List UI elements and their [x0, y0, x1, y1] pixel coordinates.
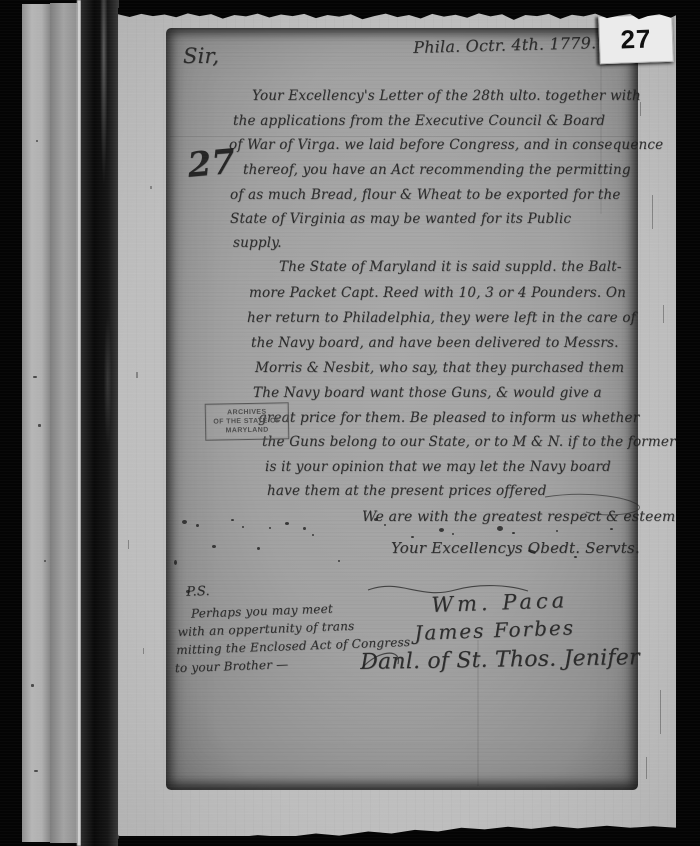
letter-line: the Guns belong to our State, or to M & …	[262, 434, 676, 450]
film-speck	[38, 424, 41, 427]
ink-dot	[303, 527, 306, 530]
postscript-block: P.S. Perhaps you may meet with an oppert…	[150, 577, 414, 696]
letter-line: of as much Bread, flour & Wheat to be ex…	[230, 187, 621, 203]
ink-dot	[285, 522, 289, 525]
letter-line: Your Excellency's Letter of the 28th ult…	[252, 88, 641, 104]
ink-dot	[312, 534, 314, 536]
ink-dot	[231, 519, 234, 521]
paper-scratch	[652, 195, 653, 229]
ink-dot	[269, 527, 271, 529]
ink-dot	[174, 560, 177, 565]
paper-scratch	[640, 102, 641, 116]
ink-dot	[186, 590, 190, 593]
letter-line: more Packet Capt. Reed with 10, 3 or 4 P…	[249, 285, 626, 301]
ink-dot	[512, 532, 515, 534]
closing-line: We are with the greatest respect & estee…	[362, 509, 676, 525]
letter-line: thereof, you have an Act recommending th…	[243, 162, 631, 178]
postscript-line: to your Brother —	[175, 657, 289, 675]
closing-line: Your Excellencys Obedt. Servts.	[391, 539, 640, 557]
ink-dot	[212, 545, 216, 548]
letter-line: the applications from the Executive Coun…	[233, 113, 605, 129]
letter-line: Morris & Nesbit, who say, that they purc…	[255, 360, 624, 376]
binding-gutter	[81, 0, 119, 846]
film-edge-strip	[22, 4, 50, 842]
letter-line: The Navy board want those Guns, & would …	[253, 385, 602, 401]
ink-dot	[411, 536, 414, 538]
ink-dot	[182, 520, 187, 524]
paper-scratch	[660, 690, 661, 734]
page-number-card-label: 27	[620, 23, 652, 55]
letter-line: The State of Maryland it is said suppld.…	[279, 259, 622, 275]
film-speck	[31, 684, 34, 687]
ink-dot	[556, 530, 558, 532]
paper-scratch	[150, 186, 152, 189]
signature: Wm. Paca	[431, 588, 569, 617]
stamp-line: MARYLAND	[208, 426, 286, 436]
letter-line: her return to Philadelphia, they were le…	[247, 310, 636, 326]
letter-line: supply.	[233, 235, 282, 251]
ink-dot	[610, 528, 613, 530]
ink-dot	[242, 526, 244, 528]
postscript-line: mitting the Enclosed Act of Congress	[176, 635, 410, 657]
letter-line: is it your opinion that we may let the N…	[265, 459, 611, 475]
film-speck	[33, 376, 37, 378]
ink-dot	[338, 560, 340, 562]
archives-stamp: ARCHIVES OF THE STATE OF MARYLAND	[205, 402, 290, 441]
letter-line: of War of Virga. we laid before Congress…	[229, 137, 663, 153]
salutation: Sir,	[183, 44, 219, 68]
ink-dot	[257, 547, 260, 550]
page-number-card: 27	[598, 14, 674, 65]
ink-dot	[439, 528, 444, 532]
ink-dot	[384, 524, 386, 526]
paper-scratch	[646, 757, 647, 779]
paper-scratch	[128, 540, 129, 549]
ink-dot	[452, 533, 454, 535]
microfilm-frame: Sir, Phila. Octr. 4th. 1779. 2 27 Your E…	[0, 0, 700, 846]
paper-scratch	[136, 372, 138, 378]
postscript-line: Perhaps you may meet	[191, 602, 333, 621]
film-speck	[36, 140, 38, 142]
film-speck	[44, 560, 46, 562]
paper-scratch	[143, 648, 144, 654]
ink-dot	[374, 518, 378, 521]
letter-line: the Navy board, and have been delivered …	[251, 335, 619, 351]
ink-dot	[574, 556, 577, 558]
letter-line: State of Virginia as may be wanted for i…	[230, 211, 571, 227]
letter-line: have them at the present prices offered	[267, 483, 547, 499]
film-speck	[34, 770, 38, 772]
postscript-line: with an oppertunity of trans	[177, 619, 354, 639]
paper-scratch	[663, 305, 664, 323]
adjacent-page-edge	[50, 3, 77, 843]
ink-dot	[497, 526, 503, 531]
ink-dot	[196, 524, 199, 527]
letter-line: great price for them. Be pleased to info…	[258, 410, 639, 426]
